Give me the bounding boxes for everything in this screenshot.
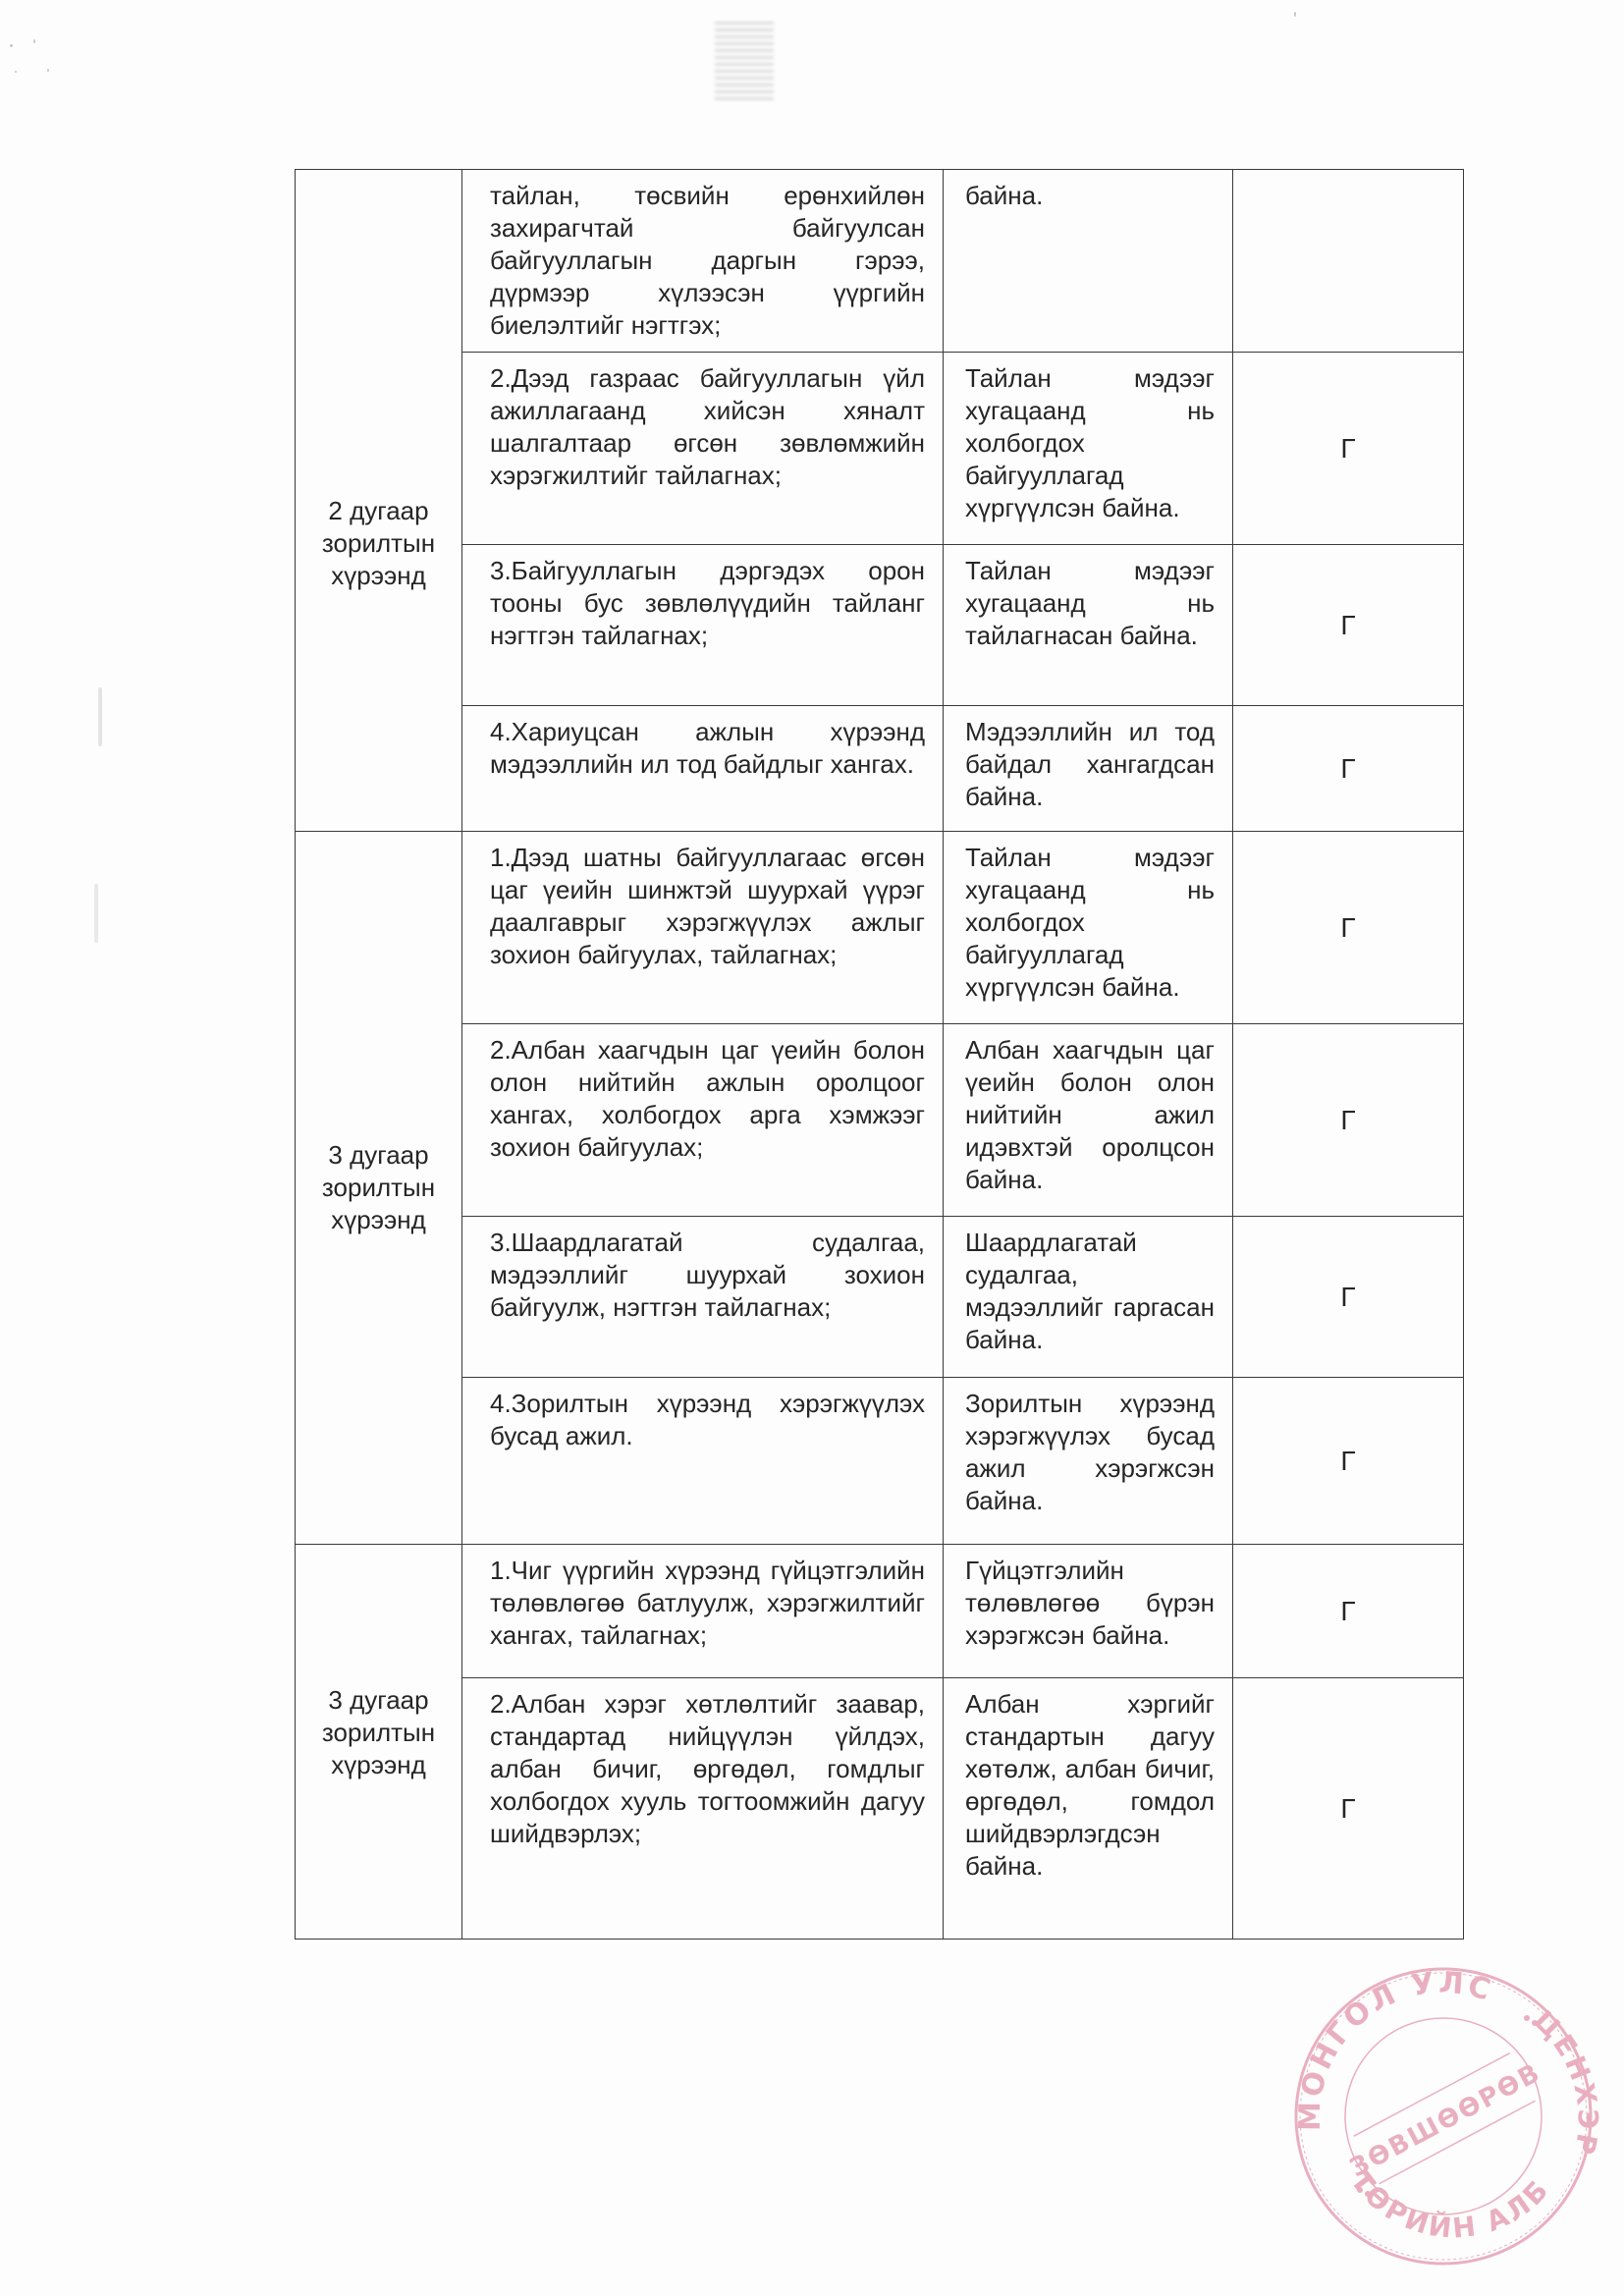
task-text: тайлан, төсвийн ерөнхийлөн захирагчтай б… <box>490 180 925 342</box>
grade-text: Г <box>1233 1445 1463 1477</box>
result-text: Гүйцэтгэлийн төлөвлөгөө бүрэн хэрэгжсэн … <box>965 1555 1215 1652</box>
objective-group-cell: 3 дугаар зорилтын хүрээнд <box>296 832 462 1545</box>
grade-text: Г <box>1233 1595 1463 1627</box>
result-text: Мэдээллийн ил тод байдал хангагдсан байн… <box>965 716 1215 813</box>
table-row: 4.Зорилтын хүрээнд хэрэгжүүлэх бусад ажи… <box>296 1378 1464 1545</box>
table-row: 2 дугаар зорилтын хүрээндтайлан, төсвийн… <box>296 170 1464 353</box>
grade-text: Г <box>1233 1281 1463 1313</box>
table-row: 4.Хариуцсан ажлын хүрээнд мэдээллийн ил … <box>296 706 1464 832</box>
task-cell: 2.Албан хэрэг хөтлөлтийг заавар, стандар… <box>462 1678 944 1940</box>
result-cell: Тайлан мэдээг хугацаанд нь тайлагнасан б… <box>944 545 1233 706</box>
scan-speck <box>94 884 98 943</box>
result-cell: Гүйцэтгэлийн төлөвлөгөө бүрэн хэрэгжсэн … <box>944 1545 1233 1678</box>
scan-smudge <box>715 22 774 100</box>
grade-cell: Г <box>1233 1678 1464 1940</box>
table-row: 2.Дээд газраас байгууллагын үйл ажиллага… <box>296 353 1464 545</box>
task-text: 3.Шаардлагатай судалгаа, мэдээллийг шуур… <box>490 1227 925 1324</box>
scan-speck <box>47 69 49 72</box>
scan-speck <box>33 39 35 43</box>
grade-text: Г <box>1233 432 1463 465</box>
task-cell: тайлан, төсвийн ерөнхийлөн захирагчтай б… <box>462 170 944 353</box>
grade-cell: Г <box>1233 1378 1464 1545</box>
result-text: Албан хэргийг стандартын дагуу хөтөлж, а… <box>965 1688 1215 1883</box>
result-cell: Шаардлагатай судалгаа, мэдээллийг гаргас… <box>944 1217 1233 1378</box>
result-cell: Зорилтын хүрээнд хэрэгжүүлэх бусад ажил … <box>944 1378 1233 1545</box>
grade-cell: Г <box>1233 1217 1464 1378</box>
plan-table: 2 дугаар зорилтын хүрээндтайлан, төсвийн… <box>295 169 1464 1940</box>
task-cell: 3.Байгууллагын дэргэдэх орон тооны бус з… <box>462 545 944 706</box>
task-text: 2.Дээд газраас байгууллагын үйл ажиллага… <box>490 362 925 492</box>
objective-group-label: 2 дугаар зорилтын хүрээнд <box>296 495 461 592</box>
result-text: байна. <box>965 180 1215 212</box>
task-text: 2.Албан хэрэг хөтлөлтийг заавар, стандар… <box>490 1688 925 1850</box>
table-row: 3.Шаардлагатай судалгаа, мэдээллийг шуур… <box>296 1217 1464 1378</box>
grade-cell: Г <box>1233 832 1464 1024</box>
result-text: Албан хаагчдын цаг үеийн болон олон нийт… <box>965 1034 1215 1196</box>
task-text: 1.Чиг үүргийн хүрээнд гүйцэтгэлийн төлөв… <box>490 1555 925 1652</box>
result-cell: Тайлан мэдээг хугацаанд нь холбогдох бай… <box>944 832 1233 1024</box>
result-cell: байна. <box>944 170 1233 353</box>
result-text: Зорилтын хүрээнд хэрэгжүүлэх бусад ажил … <box>965 1388 1215 1517</box>
grade-cell: Г <box>1233 706 1464 832</box>
grade-cell: Г <box>1233 1024 1464 1217</box>
stamp-center-text: ЗӨВШӨӨРӨВ <box>1345 2058 1546 2184</box>
grade-cell: Г <box>1233 353 1464 545</box>
grade-cell: Г <box>1233 1545 1464 1678</box>
task-text: 3.Байгууллагын дэргэдэх орон тооны бус з… <box>490 555 925 652</box>
task-cell: 2.Дээд газраас байгууллагын үйл ажиллага… <box>462 353 944 545</box>
objective-group-cell: 3 дугаар зорилтын хүрээнд <box>296 1545 462 1940</box>
objective-group-cell: 2 дугаар зорилтын хүрээнд <box>296 170 462 832</box>
result-cell: Албан хаагчдын цаг үеийн болон олон нийт… <box>944 1024 1233 1217</box>
grade-cell: Г <box>1233 545 1464 706</box>
grade-cell <box>1233 170 1464 353</box>
task-cell: 4.Зорилтын хүрээнд хэрэгжүүлэх бусад ажи… <box>462 1378 944 1545</box>
grade-text: Г <box>1233 1104 1463 1136</box>
plan-table-body: 2 дугаар зорилтын хүрээндтайлан, төсвийн… <box>296 170 1464 1940</box>
result-cell: Албан хэргийг стандартын дагуу хөтөлж, а… <box>944 1678 1233 1940</box>
scan-speck <box>98 687 102 746</box>
task-text: 4.Хариуцсан ажлын хүрээнд мэдээллийн ил … <box>490 716 925 781</box>
task-text: 2.Албан хаагчдын цаг үеийн болон олон ни… <box>490 1034 925 1164</box>
grade-text: Г <box>1233 1792 1463 1825</box>
grade-text: Г <box>1233 752 1463 785</box>
result-cell: Тайлан мэдээг хугацаанд нь холбогдох бай… <box>944 353 1233 545</box>
table-row: 3 дугаар зорилтын хүрээнд1.Чиг үүргийн х… <box>296 1545 1464 1678</box>
objective-group-label: 3 дугаар зорилтын хүрээнд <box>296 1684 461 1781</box>
task-text: 1.Дээд шатны байгууллагаас өгсөн цаг үеи… <box>490 842 925 971</box>
table-row: 2.Албан хаагчдын цаг үеийн болон олон ни… <box>296 1024 1464 1217</box>
scan-speck <box>10 44 13 47</box>
result-text: Тайлан мэдээг хугацаанд нь холбогдох бай… <box>965 842 1215 1004</box>
grade-text: Г <box>1233 911 1463 944</box>
task-cell: 2.Албан хаагчдын цаг үеийн болон олон ни… <box>462 1024 944 1217</box>
grade-text: Г <box>1233 609 1463 641</box>
scan-speck <box>1294 12 1296 17</box>
table-row: 2.Албан хэрэг хөтлөлтийг заавар, стандар… <box>296 1678 1464 1940</box>
task-text: 4.Зорилтын хүрээнд хэрэгжүүлэх бусад ажи… <box>490 1388 925 1452</box>
result-cell: Мэдээллийн ил тод байдал хангагдсан байн… <box>944 706 1233 832</box>
result-text: Тайлан мэдээг хугацаанд нь холбогдох бай… <box>965 362 1215 524</box>
table-row: 3.Байгууллагын дэргэдэх орон тооны бус з… <box>296 545 1464 706</box>
task-cell: 4.Хариуцсан ажлын хүрээнд мэдээллийн ил … <box>462 706 944 832</box>
result-text: Шаардлагатай судалгаа, мэдээллийг гаргас… <box>965 1227 1215 1356</box>
task-cell: 1.Дээд шатны байгууллагаас өгсөн цаг үеи… <box>462 832 944 1024</box>
task-cell: 1.Чиг үүргийн хүрээнд гүйцэтгэлийн төлөв… <box>462 1545 944 1678</box>
scanned-page: 2 дугаар зорилтын хүрээндтайлан, төсвийн… <box>0 0 1624 2296</box>
table-row: 3 дугаар зорилтын хүрээнд1.Дээд шатны ба… <box>296 832 1464 1024</box>
result-text: Тайлан мэдээг хугацаанд нь тайлагнасан б… <box>965 555 1215 652</box>
official-stamp: МОНГОЛ УЛС ЦЕНХЭР ТӨРИЙН АЛБАНЫ ЗӨВШӨӨРӨ… <box>1281 1954 1605 2278</box>
objective-group-label: 3 дугаар зорилтын хүрээнд <box>296 1139 461 1236</box>
task-cell: 3.Шаардлагатай судалгаа, мэдээллийг шуур… <box>462 1217 944 1378</box>
scan-speck <box>15 71 17 73</box>
